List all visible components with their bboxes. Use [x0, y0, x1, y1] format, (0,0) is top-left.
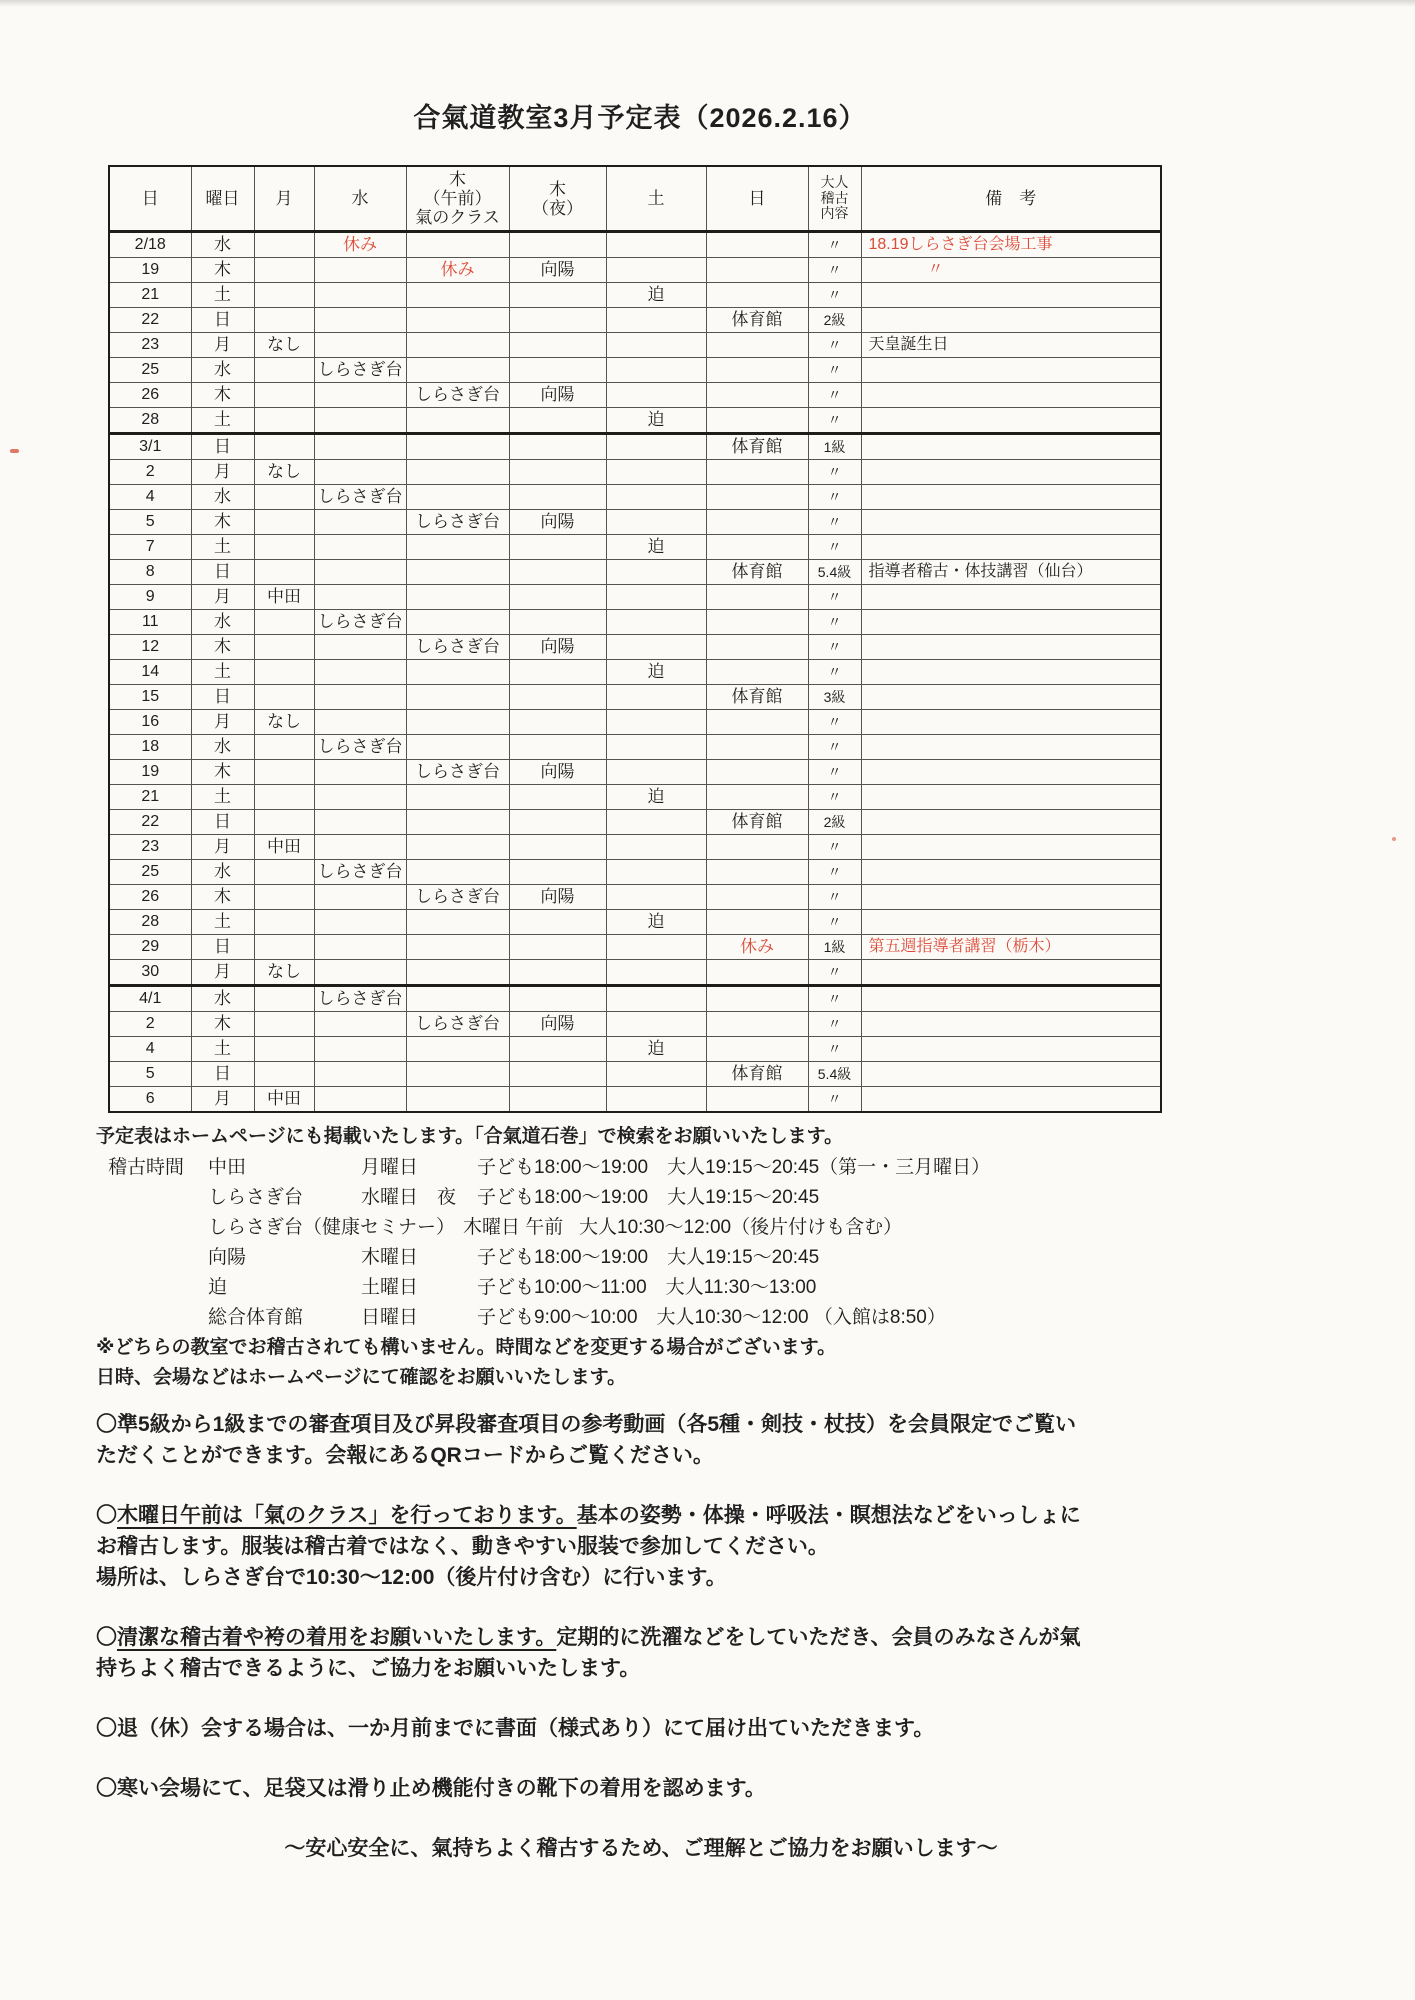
thu-pm-kouyou-cell — [509, 460, 606, 485]
mon-nakada-cell — [254, 685, 314, 710]
weekday-cell: 日 — [191, 434, 254, 460]
adult-grade-cell: 〃 — [808, 485, 861, 510]
sun-gym-cell — [706, 986, 808, 1012]
date-cell: 6 — [109, 1087, 191, 1113]
thu-pm-kouyou-cell — [509, 835, 606, 860]
weekday-cell: 月 — [191, 960, 254, 986]
sat-hasama-cell: 迫 — [606, 785, 706, 810]
wed-shirasagidai-cell — [314, 685, 406, 710]
sun-gym-cell — [706, 358, 808, 383]
weekday-cell: 月 — [191, 835, 254, 860]
thu-pm-kouyou-cell — [509, 685, 606, 710]
weekday-cell: 日 — [191, 560, 254, 585]
mon-nakada-cell: 中田 — [254, 835, 314, 860]
remarks-cell — [861, 860, 1161, 885]
remarks-cell — [861, 635, 1161, 660]
thu-pm-kouyou-cell — [509, 308, 606, 333]
wed-shirasagidai-cell — [314, 910, 406, 935]
date-cell: 29 — [109, 935, 191, 960]
remarks-cell — [861, 760, 1161, 785]
thu-pm-kouyou-cell — [509, 333, 606, 358]
adult-grade-cell: 〃 — [808, 760, 861, 785]
practice-hours: 子ども18:00～19:00 大人19:15～20:45 — [477, 1183, 1415, 1213]
mon-nakada-cell — [254, 485, 314, 510]
mon-nakada-cell — [254, 560, 314, 585]
sat-hasama-cell: 迫 — [606, 1037, 706, 1062]
weekday-cell: 木 — [191, 885, 254, 910]
adult-grade-cell: 〃 — [808, 1087, 861, 1113]
thu-pm-kouyou-cell — [509, 560, 606, 585]
thu-am-ki-class-cell — [406, 535, 509, 560]
practice-time-heading: 稽古時間 — [96, 1153, 208, 1183]
adult-grade-cell: 〃 — [808, 1012, 861, 1037]
thu-pm-kouyou-cell: 向陽 — [509, 1012, 606, 1037]
mon-nakada-cell — [254, 810, 314, 835]
sat-hasama-cell — [606, 383, 706, 408]
thu-am-ki-class-cell: しらさぎ台 — [406, 635, 509, 660]
sun-gym-cell — [706, 1087, 808, 1113]
weekday-cell: 木 — [191, 635, 254, 660]
weekday-cell: 日 — [191, 685, 254, 710]
note-text: 木曜日午前は「氣のクラス」を行っております。 — [117, 1504, 577, 1527]
sat-hasama-cell — [606, 635, 706, 660]
sat-hasama-cell — [606, 860, 706, 885]
weekday-cell: 土 — [191, 660, 254, 685]
thu-pm-kouyou-cell: 向陽 — [509, 885, 606, 910]
weekday-cell: 月 — [191, 1087, 254, 1113]
weekday-cell: 土 — [191, 1037, 254, 1062]
date-cell: 2 — [109, 1012, 191, 1037]
practice-time-row: 総合体育館日曜日子ども9:00～10:00 大人10:30～12:00 （入館は… — [96, 1303, 1415, 1333]
mon-nakada-cell — [254, 510, 314, 535]
sat-hasama-cell — [606, 1012, 706, 1037]
adult-grade-cell: 〃 — [808, 960, 861, 986]
thu-pm-kouyou-cell — [509, 710, 606, 735]
sat-hasama-cell — [606, 232, 706, 258]
sat-hasama-cell — [606, 735, 706, 760]
note-text: 場所は、しらさぎ台で10:30～12:00（後片付け含む）に行います。 — [96, 1566, 727, 1589]
thu-am-ki-class-cell — [406, 935, 509, 960]
remarks-cell — [861, 383, 1161, 408]
thu-am-ki-class-cell — [406, 560, 509, 585]
mon-nakada-cell — [254, 986, 314, 1012]
sat-hasama-cell — [606, 585, 706, 610]
thu-am-ki-class-cell — [406, 232, 509, 258]
wed-shirasagidai-cell — [314, 510, 406, 535]
date-cell: 4 — [109, 485, 191, 510]
wed-shirasagidai-cell — [314, 885, 406, 910]
note-paragraph: 〇準5級から1級までの審査項目及び昇段審査項目の参考動画（各5種・剣技・杖技）を… — [96, 1409, 1081, 1471]
sun-gym-cell — [706, 333, 808, 358]
thu-am-ki-class-cell — [406, 308, 509, 333]
schedule-row: 23月中田〃 — [109, 835, 1161, 860]
wed-shirasagidai-cell — [314, 308, 406, 333]
sun-gym-cell: 体育館 — [706, 434, 808, 460]
wed-shirasagidai-cell — [314, 434, 406, 460]
practice-day: 水曜日 夜 — [361, 1183, 477, 1213]
date-cell: 23 — [109, 333, 191, 358]
mon-nakada-cell: なし — [254, 333, 314, 358]
sun-gym-cell: 体育館 — [706, 560, 808, 585]
remarks-cell — [861, 785, 1161, 810]
remarks-cell: 指導者稽古・体技講習（仙台） — [861, 560, 1161, 585]
thu-pm-kouyou-cell — [509, 408, 606, 434]
practice-hours: 大人10:30～12:00（後片付けも含む） — [579, 1213, 1415, 1243]
thu-am-ki-class-cell — [406, 485, 509, 510]
thu-am-ki-class-cell: しらさぎ台 — [406, 383, 509, 408]
note-text: 〇寒い会場にて、足袋又は滑り止め機能付きの靴下の着用を認めます。 — [96, 1777, 766, 1800]
date-cell: 2 — [109, 460, 191, 485]
adult-grade-cell: 〃 — [808, 232, 861, 258]
sat-hasama-cell: 迫 — [606, 283, 706, 308]
weekday-cell: 木 — [191, 760, 254, 785]
thu-am-ki-class-cell — [406, 585, 509, 610]
sat-hasama-cell — [606, 685, 706, 710]
thu-pm-kouyou-cell: 向陽 — [509, 760, 606, 785]
remarks-cell — [861, 735, 1161, 760]
wed-shirasagidai-cell — [314, 960, 406, 986]
weekday-cell: 土 — [191, 785, 254, 810]
sat-hasama-cell: 迫 — [606, 535, 706, 560]
note-text: 〇退（休）会する場合は、一か月前までに書面（様式あり）にて届け出ていただきます。 — [96, 1717, 934, 1740]
practice-day: 土曜日 — [361, 1273, 477, 1303]
schedule-row: 2月なし〃 — [109, 460, 1161, 485]
mon-nakada-cell — [254, 785, 314, 810]
mon-nakada-cell: なし — [254, 710, 314, 735]
schedule-row: 25水しらさぎ台〃 — [109, 860, 1161, 885]
sun-gym-cell — [706, 585, 808, 610]
weekday-cell: 木 — [191, 510, 254, 535]
adult-grade-cell: 〃 — [808, 735, 861, 760]
sat-hasama-cell — [606, 358, 706, 383]
sat-hasama-cell — [606, 935, 706, 960]
column-header-thu-am-ki-class: 木 （午前） 氣のクラス — [406, 166, 509, 232]
sat-hasama-cell — [606, 560, 706, 585]
thu-pm-kouyou-cell — [509, 960, 606, 986]
thu-am-ki-class-cell — [406, 1062, 509, 1087]
wed-shirasagidai-cell — [314, 785, 406, 810]
wed-shirasagidai-cell — [314, 810, 406, 835]
adult-grade-cell: 〃 — [808, 383, 861, 408]
thu-am-ki-class-cell: しらさぎ台 — [406, 510, 509, 535]
adult-grade-cell: 〃 — [808, 535, 861, 560]
sat-hasama-cell — [606, 810, 706, 835]
weekday-cell: 土 — [191, 408, 254, 434]
thu-am-ki-class-cell: しらさぎ台 — [406, 885, 509, 910]
wed-shirasagidai-cell — [314, 283, 406, 308]
wed-shirasagidai-cell: しらさぎ台 — [314, 485, 406, 510]
date-cell: 22 — [109, 308, 191, 333]
page-title: 合氣道教室3月予定表（2026.2.16） — [108, 96, 1172, 135]
thu-pm-kouyou-cell — [509, 485, 606, 510]
weekday-cell: 日 — [191, 308, 254, 333]
schedule-row: 4水しらさぎ台〃 — [109, 485, 1161, 510]
thu-am-ki-class-cell — [406, 358, 509, 383]
practice-place: 中田 — [208, 1153, 361, 1183]
thu-am-ki-class-cell: しらさぎ台 — [406, 760, 509, 785]
adult-grade-cell: 〃 — [808, 585, 861, 610]
date-cell: 2/18 — [109, 232, 191, 258]
practice-time-row: しらさぎ台水曜日 夜子ども18:00～19:00 大人19:15～20:45 — [96, 1183, 1415, 1213]
remarks-cell — [861, 910, 1161, 935]
schedule-table: 日曜日月水木 （午前） 氣のクラス木 （夜）土日大人 稽古 内容備 考 2/18… — [108, 165, 1162, 1113]
sun-gym-cell: 体育館 — [706, 810, 808, 835]
thu-am-ki-class-cell: しらさぎ台 — [406, 1012, 509, 1037]
thu-am-ki-class-cell — [406, 735, 509, 760]
weekday-cell: 月 — [191, 333, 254, 358]
date-cell: 8 — [109, 560, 191, 585]
sat-hasama-cell — [606, 333, 706, 358]
column-header-adult-grade: 大人 稽古 内容 — [808, 166, 861, 232]
date-cell: 5 — [109, 1062, 191, 1087]
note-check-homepage-line: 日時、会場などはホームページにて確認をお願いいたします。 — [96, 1363, 1415, 1393]
mon-nakada-cell — [254, 1037, 314, 1062]
mon-nakada-cell: なし — [254, 960, 314, 986]
sat-hasama-cell — [606, 460, 706, 485]
sat-hasama-cell: 迫 — [606, 660, 706, 685]
sun-gym-cell: 体育館 — [706, 308, 808, 333]
thu-pm-kouyou-cell: 向陽 — [509, 635, 606, 660]
adult-grade-cell: 〃 — [808, 860, 861, 885]
adult-grade-cell: 〃 — [808, 358, 861, 383]
remarks-cell — [861, 485, 1161, 510]
homepage-note: 予定表はホームページにも掲載いたします。「合氣道石巻」で検索をお願いいたします。 — [96, 1123, 1415, 1151]
adult-grade-cell: 〃 — [808, 283, 861, 308]
practice-hours: 子ども9:00～10:00 大人10:30～12:00 （入館は8:50） — [477, 1303, 1415, 1333]
schedule-row: 23月なし〃天皇誕生日 — [109, 333, 1161, 358]
practice-time-row: 向陽木曜日子ども18:00～19:00 大人19:15～20:45 — [96, 1243, 1415, 1273]
schedule-row: 2/18水休み〃18.19しらさぎ台会場工事 — [109, 232, 1161, 258]
thu-am-ki-class-cell — [406, 660, 509, 685]
column-header-date: 日 — [109, 166, 191, 232]
thu-am-ki-class-cell — [406, 460, 509, 485]
mon-nakada-cell — [254, 434, 314, 460]
weekday-cell: 月 — [191, 710, 254, 735]
adult-grade-cell: 〃 — [808, 710, 861, 735]
mon-nakada-cell — [254, 408, 314, 434]
wed-shirasagidai-cell — [314, 333, 406, 358]
wed-shirasagidai-cell: 休み — [314, 232, 406, 258]
practice-place: しらさぎ台 — [208, 1183, 361, 1213]
practice-place: 向陽 — [208, 1243, 361, 1273]
sun-gym-cell — [706, 635, 808, 660]
weekday-cell: 水 — [191, 358, 254, 383]
thu-am-ki-class-cell — [406, 283, 509, 308]
sat-hasama-cell: 迫 — [606, 408, 706, 434]
sun-gym-cell — [706, 283, 808, 308]
practice-time-row: しらさぎ台（健康セミナー）木曜日 午前大人10:30～12:00（後片付けも含む… — [96, 1213, 1415, 1243]
remarks-cell — [861, 835, 1161, 860]
schedule-row: 4土迫〃 — [109, 1037, 1161, 1062]
adult-grade-cell: 〃 — [808, 635, 861, 660]
column-header-weekday: 曜日 — [191, 166, 254, 232]
note-paragraph: 〇退（休）会する場合は、一か月前までに書面（様式あり）にて届け出ていただきます。 — [96, 1713, 1081, 1744]
remarks-cell — [861, 358, 1161, 383]
date-cell: 28 — [109, 408, 191, 434]
date-cell: 16 — [109, 710, 191, 735]
schedule-row: 25水しらさぎ台〃 — [109, 358, 1161, 383]
practice-time-heading — [96, 1273, 208, 1303]
mon-nakada-cell — [254, 358, 314, 383]
weekday-cell: 水 — [191, 860, 254, 885]
thu-pm-kouyou-cell — [509, 585, 606, 610]
schedule-row: 19木休み向陽〃〃 — [109, 258, 1161, 283]
practice-day: 日曜日 — [361, 1303, 477, 1333]
thu-pm-kouyou-cell — [509, 735, 606, 760]
adult-grade-cell: 5.4級 — [808, 1062, 861, 1087]
remarks-cell — [861, 986, 1161, 1012]
thu-pm-kouyou-cell — [509, 810, 606, 835]
column-header-mon-nakada: 月 — [254, 166, 314, 232]
wed-shirasagidai-cell — [314, 1037, 406, 1062]
thu-am-ki-class-cell — [406, 1037, 509, 1062]
sun-gym-cell — [706, 1037, 808, 1062]
practice-time-heading — [96, 1303, 208, 1333]
sat-hasama-cell — [606, 434, 706, 460]
note-text: 〇 — [96, 1504, 117, 1527]
practice-hours: 子ども10:00～11:00 大人11:30～13:00 — [477, 1273, 1415, 1303]
sun-gym-cell: 休み — [706, 935, 808, 960]
sun-gym-cell — [706, 610, 808, 635]
thu-pm-kouyou-cell — [509, 434, 606, 460]
notes-list: 〇準5級から1級までの審査項目及び昇段審査項目の参考動画（各5種・剣技・杖技）を… — [96, 1409, 1081, 1804]
weekday-cell: 水 — [191, 610, 254, 635]
wed-shirasagidai-cell — [314, 460, 406, 485]
wed-shirasagidai-cell — [314, 660, 406, 685]
sun-gym-cell — [706, 885, 808, 910]
column-header-sat-hasama: 土 — [606, 166, 706, 232]
note-paragraph: 〇寒い会場にて、足袋又は滑り止め機能付きの靴下の着用を認めます。 — [96, 1773, 1081, 1804]
adult-grade-cell: 〃 — [808, 258, 861, 283]
date-cell: 15 — [109, 685, 191, 710]
sat-hasama-cell — [606, 960, 706, 986]
schedule-row: 15日体育館3級 — [109, 685, 1161, 710]
remarks-cell — [861, 1037, 1161, 1062]
date-cell: 19 — [109, 760, 191, 785]
schedule-row: 7土迫〃 — [109, 535, 1161, 560]
sat-hasama-cell — [606, 885, 706, 910]
mon-nakada-cell — [254, 860, 314, 885]
adult-grade-cell: 〃 — [808, 333, 861, 358]
sun-gym-cell — [706, 660, 808, 685]
remarks-cell — [861, 710, 1161, 735]
thu-pm-kouyou-cell — [509, 660, 606, 685]
adult-grade-cell: 〃 — [808, 910, 861, 935]
weekday-cell: 日 — [191, 935, 254, 960]
sun-gym-cell — [706, 710, 808, 735]
adult-grade-cell: 〃 — [808, 835, 861, 860]
weekday-cell: 日 — [191, 1062, 254, 1087]
practice-hours: 子ども18:00～19:00 大人19:15～20:45（第一・三月曜日） — [477, 1153, 1415, 1183]
mon-nakada-cell: 中田 — [254, 1087, 314, 1113]
thu-am-ki-class-cell — [406, 1087, 509, 1113]
schedule-row: 16月なし〃 — [109, 710, 1161, 735]
wed-shirasagidai-cell — [314, 585, 406, 610]
table-header-row: 日曜日月水木 （午前） 氣のクラス木 （夜）土日大人 稽古 内容備 考 — [109, 166, 1161, 232]
practice-place: 迫 — [208, 1273, 361, 1303]
date-cell: 4 — [109, 1037, 191, 1062]
schedule-row: 12木しらさぎ台向陽〃 — [109, 635, 1161, 660]
adult-grade-cell: 2級 — [808, 810, 861, 835]
thu-pm-kouyou-cell: 向陽 — [509, 510, 606, 535]
thu-pm-kouyou-cell — [509, 860, 606, 885]
remarks-cell: 18.19しらさぎ台会場工事 — [861, 232, 1161, 258]
thu-pm-kouyou-cell — [509, 935, 606, 960]
date-cell: 3/1 — [109, 434, 191, 460]
schedule-row: 8日体育館5.4級指導者稽古・体技講習（仙台） — [109, 560, 1161, 585]
wed-shirasagidai-cell: しらさぎ台 — [314, 735, 406, 760]
sun-gym-cell — [706, 785, 808, 810]
sun-gym-cell — [706, 485, 808, 510]
remarks-cell — [861, 660, 1161, 685]
thu-am-ki-class-cell — [406, 610, 509, 635]
thu-am-ki-class-cell: 休み — [406, 258, 509, 283]
adult-grade-cell: 1級 — [808, 434, 861, 460]
thu-am-ki-class-cell — [406, 408, 509, 434]
weekday-cell: 土 — [191, 910, 254, 935]
remarks-cell — [861, 585, 1161, 610]
schedule-row: 26木しらさぎ台向陽〃 — [109, 885, 1161, 910]
schedule-table-body: 2/18水休み〃18.19しらさぎ台会場工事19木休み向陽〃〃21土迫〃22日体… — [109, 232, 1161, 1113]
adult-grade-cell: 〃 — [808, 460, 861, 485]
sun-gym-cell — [706, 735, 808, 760]
practice-time-heading — [96, 1213, 208, 1243]
remarks-cell — [861, 1012, 1161, 1037]
scan-artifact-speck — [1392, 837, 1396, 841]
wed-shirasagidai-cell — [314, 1087, 406, 1113]
date-cell: 23 — [109, 835, 191, 860]
remarks-cell — [861, 308, 1161, 333]
adult-grade-cell: 2級 — [808, 308, 861, 333]
adult-grade-cell: 〃 — [808, 1037, 861, 1062]
weekday-cell: 木 — [191, 1012, 254, 1037]
remarks-cell — [861, 283, 1161, 308]
thu-am-ki-class-cell — [406, 910, 509, 935]
date-cell: 22 — [109, 810, 191, 835]
adult-grade-cell: 1級 — [808, 935, 861, 960]
sat-hasama-cell — [606, 308, 706, 333]
adult-grade-cell: 〃 — [808, 885, 861, 910]
mon-nakada-cell — [254, 635, 314, 660]
sat-hasama-cell — [606, 760, 706, 785]
schedule-row: 30月なし〃 — [109, 960, 1161, 986]
date-cell: 26 — [109, 885, 191, 910]
thu-am-ki-class-cell — [406, 710, 509, 735]
thu-pm-kouyou-cell — [509, 610, 606, 635]
sun-gym-cell — [706, 960, 808, 986]
thu-pm-kouyou-cell — [509, 283, 606, 308]
mon-nakada-cell — [254, 660, 314, 685]
mon-nakada-cell — [254, 1062, 314, 1087]
thu-pm-kouyou-cell — [509, 785, 606, 810]
practice-day: 木曜日 午前 — [463, 1213, 579, 1243]
sun-gym-cell: 体育館 — [706, 1062, 808, 1087]
sun-gym-cell — [706, 535, 808, 560]
sat-hasama-cell — [606, 1062, 706, 1087]
practice-time-row: 迫土曜日子ども10:00～11:00 大人11:30～13:00 — [96, 1273, 1415, 1303]
schedule-row: 28土迫〃 — [109, 910, 1161, 935]
adult-grade-cell: 〃 — [808, 660, 861, 685]
date-cell: 4/1 — [109, 986, 191, 1012]
adult-grade-cell: 〃 — [808, 510, 861, 535]
thu-pm-kouyou-cell — [509, 358, 606, 383]
wed-shirasagidai-cell — [314, 710, 406, 735]
wed-shirasagidai-cell — [314, 383, 406, 408]
date-cell: 9 — [109, 585, 191, 610]
thu-pm-kouyou-cell — [509, 1087, 606, 1113]
practice-day: 木曜日 — [361, 1243, 477, 1273]
column-header-wed-shirasagidai: 水 — [314, 166, 406, 232]
